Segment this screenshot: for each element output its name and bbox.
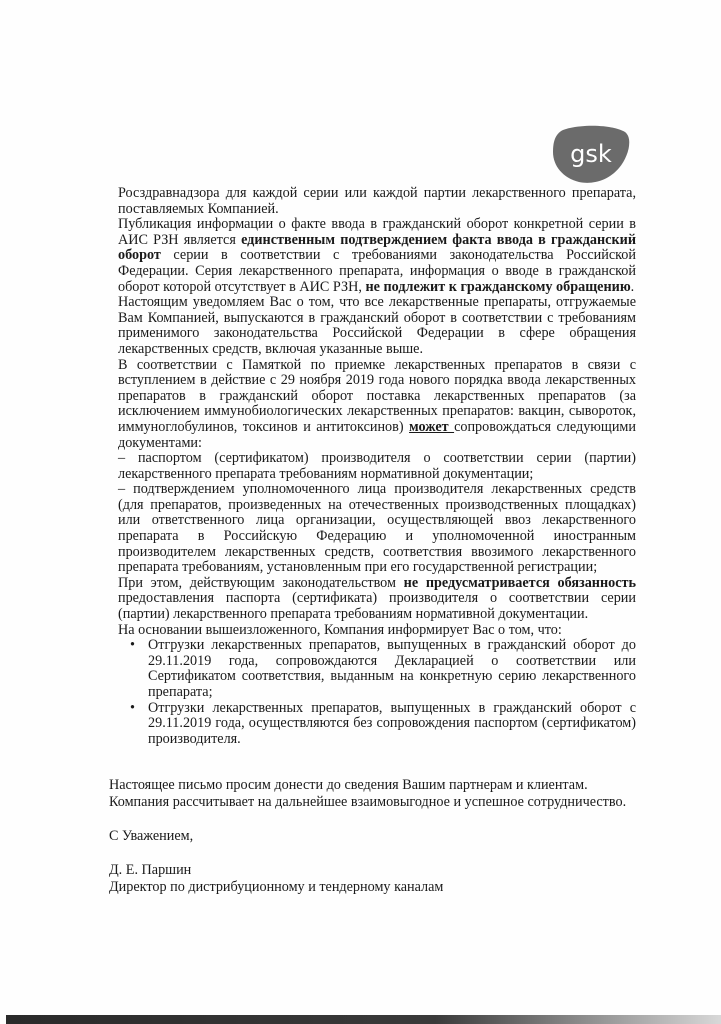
- emphasis-no-obligation: не предусматривается обязанность: [404, 575, 636, 591]
- paragraph-notification: Настоящим уведомляем Вас о том, что все …: [118, 295, 636, 357]
- letter-body: Росздравнадзора для каждой серии или каж…: [118, 186, 636, 747]
- bullet-item: • Отгрузки лекарственных препаратов, вып…: [118, 701, 636, 748]
- emphasis-may: может: [409, 419, 454, 435]
- signatory-name: Д. Е. Паршин: [109, 862, 649, 879]
- letter-closing: Настоящее письмо просим донести до сведе…: [109, 777, 649, 896]
- paragraph-publication: Публикация информации о факте ввода в гр…: [118, 217, 636, 295]
- regards: С Уважением,: [109, 828, 649, 845]
- bullet-icon: •: [130, 638, 135, 654]
- closing-request: Настоящее письмо просим донести до сведе…: [109, 777, 649, 794]
- bullet-item: • Отгрузки лекарственных препаратов, вып…: [118, 638, 636, 700]
- dash-item-passport: – паспортом (сертификатом) производителя…: [118, 451, 636, 482]
- dash-item-confirmation: – подтверждением уполномоченного лица пр…: [118, 482, 636, 576]
- gsk-logo-icon: gsk: [549, 122, 633, 186]
- scan-edge-artifact: [6, 1015, 721, 1024]
- svg-text:gsk: gsk: [570, 140, 612, 168]
- paragraph-intro: Росздравнадзора для каждой серии или каж…: [118, 186, 636, 217]
- closing-cooperation: Компания рассчитывает на дальнейшее взаи…: [109, 794, 649, 811]
- signatory-title: Директор по дистрибуционному и тендерном…: [109, 879, 649, 896]
- bullet-icon: •: [130, 701, 135, 717]
- paragraph-memo: В соответствии с Памяткой по приемке лек…: [118, 358, 636, 452]
- bullet-list: • Отгрузки лекарственных препаратов, вып…: [118, 638, 636, 747]
- paragraph-no-obligation: При этом, действующим законодательством …: [118, 576, 636, 623]
- paragraph-conclusion: На основании вышеизложенного, Компания и…: [118, 623, 636, 639]
- emphasis-not-for-circulation: не подлежит к гражданскому обращению: [365, 279, 630, 295]
- letter-page: gsk Росздравнадзора для каждой серии или…: [0, 0, 721, 1024]
